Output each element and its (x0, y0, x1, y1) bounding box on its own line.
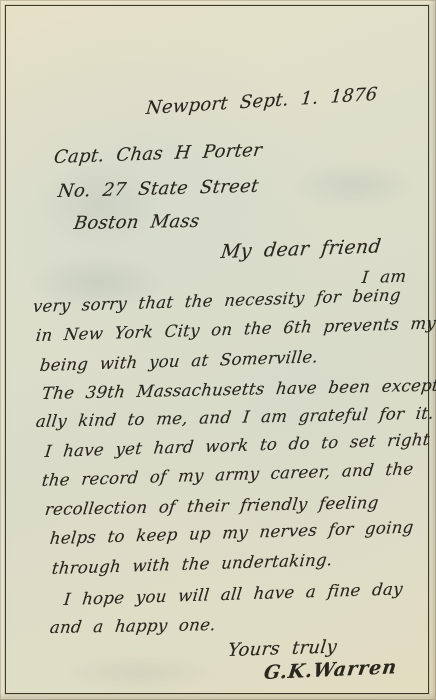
body-line-1: I am (361, 267, 408, 287)
letter-photo: Newport Sept. 1. 1876 Capt. Chas H Porte… (0, 0, 436, 700)
closing: Yours truly (227, 637, 338, 662)
ink-showthrough (60, 655, 220, 690)
address-line-2: No. 27 State Street (57, 176, 260, 202)
body-line-8: the record of my army career, and the (41, 459, 415, 490)
ink-showthrough (40, 160, 160, 250)
body-line-4: being with you at Somerville. (39, 347, 319, 375)
body-line-13: and a happy one. (49, 615, 217, 637)
body-line-9: recollection of their friendly feeling (44, 493, 380, 519)
body-line-2: very sorry that the necessity for being (32, 285, 402, 316)
body-line-7: I have yet hard work to do to set right (44, 430, 431, 461)
body-line-3: in New York City on the 6th prevents my (35, 313, 436, 345)
body-line-10: helps to keep up my nerves for going (49, 518, 415, 549)
body-line-6: ally kind to me, and I am grateful for i… (35, 404, 435, 431)
ink-showthrough (290, 160, 420, 210)
address-line-3: Boston Mass (73, 211, 202, 234)
body-line-5: The 39th Massachusetts have been excepti… (41, 375, 436, 403)
signature: G.K.Warren (263, 656, 399, 684)
salutation: My dear friend (220, 235, 383, 263)
date-line: Newport Sept. 1. 1876 (145, 84, 379, 119)
body-line-12: I hope you will all have a fine day (63, 579, 404, 609)
address-line-1: Capt. Chas H Porter (53, 140, 264, 168)
body-line-11: through with the undertaking. (51, 550, 334, 578)
